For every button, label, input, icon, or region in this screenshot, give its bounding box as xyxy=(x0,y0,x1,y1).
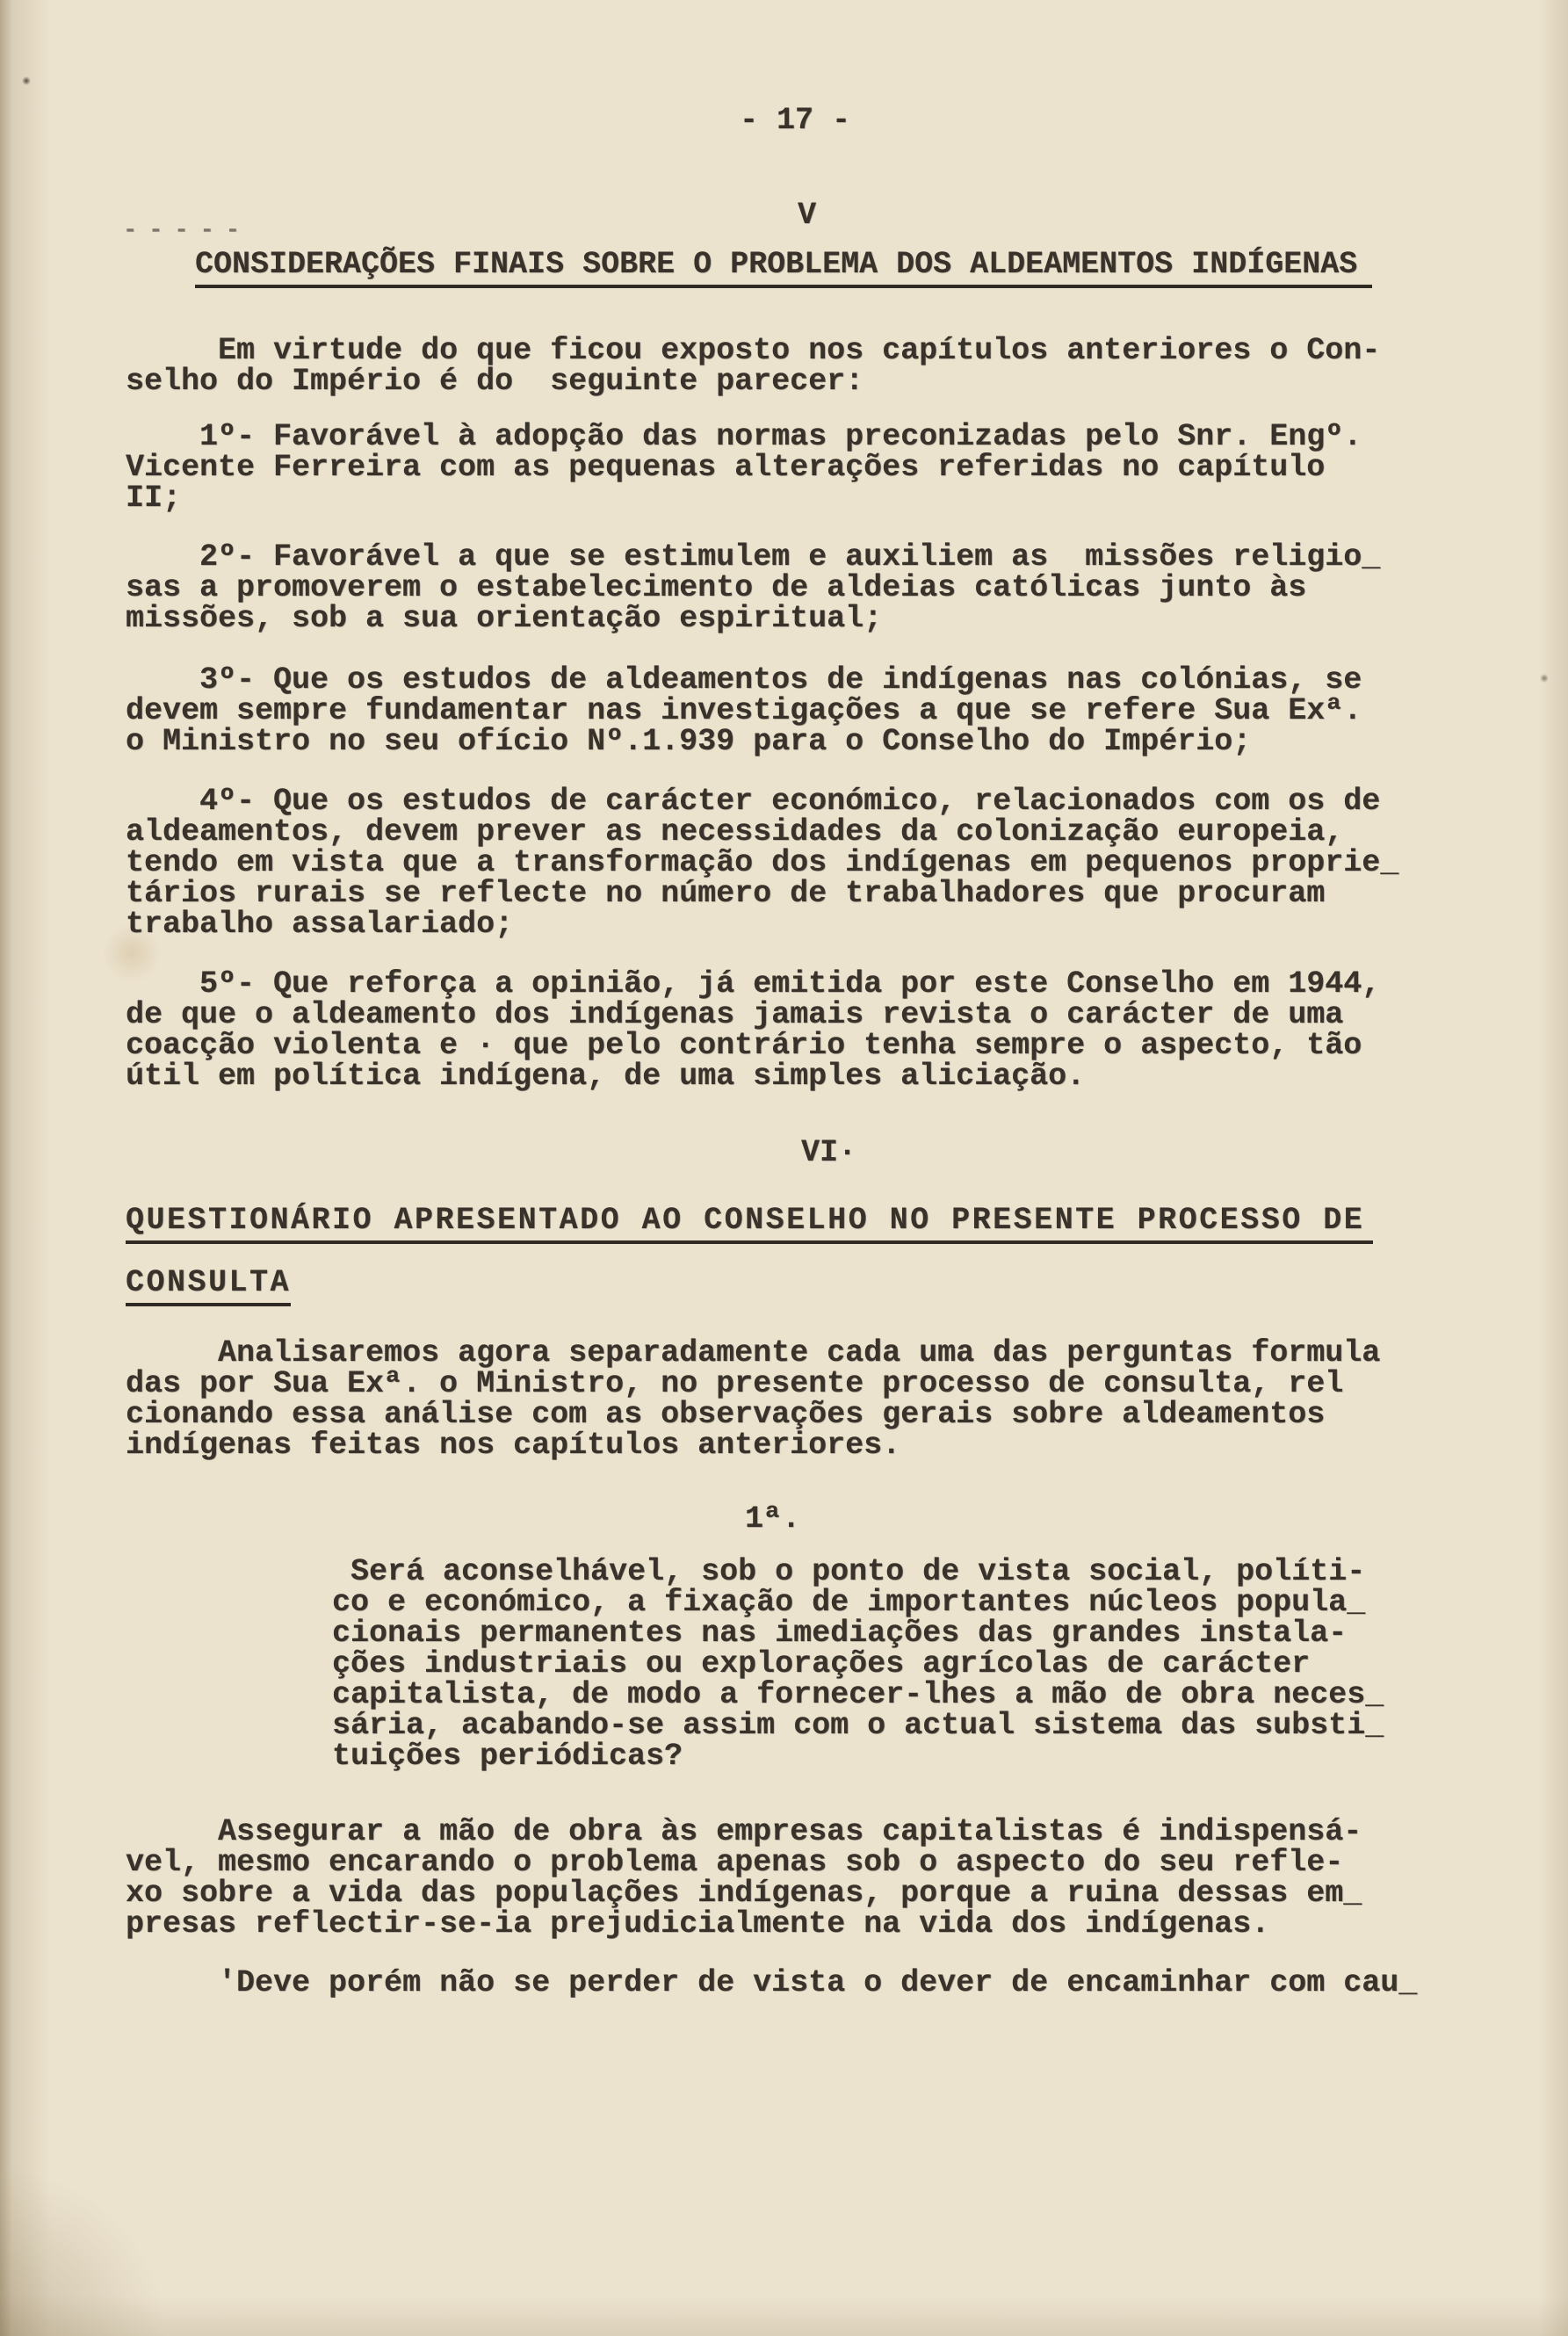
opinion-item-3: 3º- Que os estudos de aldeamentos de ind… xyxy=(126,665,1362,757)
edge-dashes: ----- xyxy=(123,216,251,247)
section-v-numeral: V xyxy=(798,200,816,231)
section-vi-heading-line2: CONSULTA xyxy=(126,1268,291,1306)
section-v-heading: CONSIDERAÇÕES FINAIS SOBRE O PROBLEMA DO… xyxy=(195,250,1372,288)
page-number: - 17 - xyxy=(740,105,850,136)
section-v-intro-paragraph: Em virtude do que ficou exposto nos capí… xyxy=(126,336,1380,397)
opinion-item-4: 4º- Que os estudos de carácter económico… xyxy=(126,786,1398,940)
answer-paragraph: Assegurar a mão de obra às empresas capi… xyxy=(126,1817,1362,1940)
section-vi-intro-paragraph: Analisaremos agora separadamente cada um… xyxy=(126,1338,1380,1461)
opinion-item-5: 5º- Que reforça a opinião, já emitida po… xyxy=(126,969,1380,1092)
document-page: - 17 - ----- V CONSIDERAÇÕES FINAIS SOBR… xyxy=(0,0,1568,2336)
opinion-item-1: 1º- Favorável à adopção das normas preco… xyxy=(126,422,1362,514)
closing-line: 'Deve porém não se perder de vista o dev… xyxy=(126,1968,1417,1999)
section-vi-numeral: VI· xyxy=(801,1138,856,1168)
opinion-item-2: 2º- Favorável a que se estimulem e auxil… xyxy=(126,542,1380,634)
question-1-label: 1ª. xyxy=(745,1504,800,1535)
section-vi-heading-line1: QUESTIONÁRIO APRESENTADO AO CONSELHO NO … xyxy=(126,1205,1373,1244)
question-1-text: Será aconselhável, sob o ponto de vista … xyxy=(332,1557,1384,1772)
